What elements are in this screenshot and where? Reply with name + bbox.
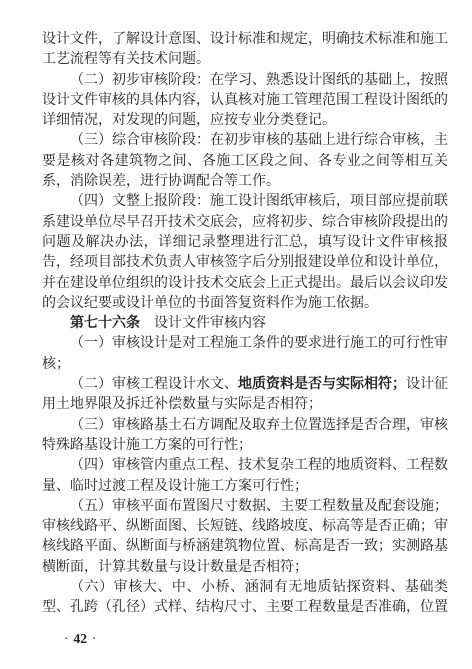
bold-text-segment: 地质资料是否与实际相符； — [238, 377, 406, 392]
text-segment: （三）审核路基土石方调配及取弃土位置选择是否合理，审核特殊路基设计施工方案的可行… — [42, 418, 448, 453]
paragraph-stage-3-comprehensive-review: （三）综合审核阶段：在初步审核的基础上进行综合审核，主要是核对各建筑物之间、各施… — [42, 131, 448, 192]
article-76-heading: 第七十六条 设计文件审核内容 — [42, 314, 448, 334]
paragraph-item-3-subgrade-earthwork: （三）审核路基土石方调配及取弃土位置选择是否合理，审核特殊路基设计施工方案的可行… — [42, 416, 448, 457]
paragraph-stage-2-initial-review: （二）初步审核阶段：在学习、熟悉设计图纸的基础上，按照设计文件审核的具体内容，认… — [42, 71, 448, 132]
paragraph-item-5-layout-profile: （五）审核平面布置图尺寸数据、主要工程数量及配套设施；审核线路平、纵断面图、长短… — [42, 497, 448, 578]
text-segment: （六）审核大、中、小桥、涵洞有无地质钻探资料、基础类型、孔跨（孔径）式样、结构尺… — [42, 580, 448, 615]
text-block: 设计文件，了解设计意图、设计标准和规定，明确技术标准和施工工艺流程等有关技术问题… — [42, 30, 448, 619]
text-segment: （四）审核管内重点工程、技术复杂工程的地质资料、工程数量、临时过渡工程及设计施工… — [42, 458, 448, 493]
paragraph-item-6-bridges-culverts: （六）审核大、中、小桥、涵洞有无地质钻探资料、基础类型、孔跨（孔径）式样、结构尺… — [42, 578, 448, 619]
paragraph-item-2-hydrology-geology: （二）审核工程设计水文、地质资料是否与实际相符；设计征用土地界限及拆迁补偿数量与… — [42, 375, 448, 416]
paragraph-stage-4-document-submission: （四）文整上报阶段：施工设计图纸审核后，项目部应提前联系建设单位尽早召开技术交底… — [42, 192, 448, 314]
paragraph-item-4-key-projects: （四）审核管内重点工程、技术复杂工程的地质资料、工程数量、临时过渡工程及设计施工… — [42, 456, 448, 497]
text-segment: 设计文件审核内容 — [140, 316, 266, 331]
bold-text-segment: 第七十六条 — [70, 316, 140, 331]
page-footer: ·42· — [59, 630, 102, 648]
page-number: 42 — [74, 631, 88, 646]
document-page: 设计文件，了解设计意图、设计标准和规定，明确技术标准和施工工艺流程等有关技术问题… — [0, 0, 472, 669]
paragraph-item-1-design-feasibility: （一）审核设计是对工程施工条件的要求进行施工的可行性审核； — [42, 334, 448, 375]
paragraph-continuation: 设计文件，了解设计意图、设计标准和规定，明确技术标准和施工工艺流程等有关技术问题… — [42, 30, 448, 71]
text-segment: （五）审核平面布置图尺寸数据、主要工程数量及配套设施；审核线路平、纵断面图、长短… — [42, 499, 448, 575]
text-segment: （二）初步审核阶段：在学习、熟悉设计图纸的基础上，按照设计文件审核的具体内容，认… — [42, 73, 448, 129]
text-segment: （二）审核工程设计水文、 — [70, 377, 238, 392]
text-segment: （三）综合审核阶段：在初步审核的基础上进行综合审核，主要是核对各建筑物之间、各施… — [42, 133, 448, 189]
text-segment: （一）审核设计是对工程施工条件的要求进行施工的可行性审核； — [42, 336, 448, 371]
page-number-left-dot: · — [59, 631, 74, 646]
text-segment: 设计文件，了解设计意图、设计标准和规定，明确技术标准和施工工艺流程等有关技术问题… — [42, 32, 448, 67]
text-segment: （四）文整上报阶段：施工设计图纸审核后，项目部应提前联系建设单位尽早召开技术交底… — [42, 194, 448, 310]
page-number-right-dot: · — [87, 631, 102, 646]
